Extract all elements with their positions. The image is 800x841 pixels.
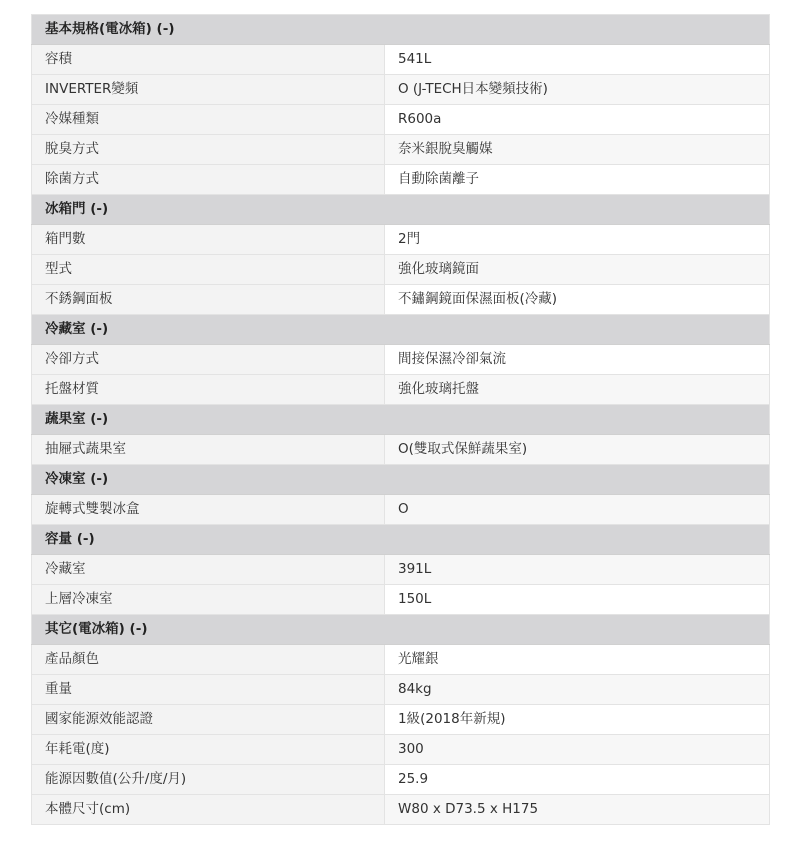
spec-value: 391L [385, 555, 770, 585]
table-row: 產品顏色 光耀銀 [32, 645, 770, 675]
section-title: 冷藏室 (-) [32, 315, 770, 345]
spec-label: INVERTER變頻 [32, 75, 385, 105]
spec-label: 冷媒種類 [32, 105, 385, 135]
spec-value: 2門 [385, 225, 770, 255]
section-title: 蔬果室 (-) [32, 405, 770, 435]
section-header-vegetable: 蔬果室 (-) [32, 405, 770, 435]
spec-value: 自動除菌離子 [385, 165, 770, 195]
section-title: 冷凍室 (-) [32, 465, 770, 495]
section-title: 其它(電冰箱) (-) [32, 615, 770, 645]
spec-value: 強化玻璃托盤 [385, 375, 770, 405]
spec-value: 強化玻璃鏡面 [385, 255, 770, 285]
spec-value: 不鏽鋼鏡面保濕面板(冷藏) [385, 285, 770, 315]
spec-value: 間接保濕冷卻氣流 [385, 345, 770, 375]
spec-label: 產品顏色 [32, 645, 385, 675]
table-row: 年耗電(度) 300 [32, 735, 770, 765]
spec-value: O(雙取式保鮮蔬果室) [385, 435, 770, 465]
spec-value: 84kg [385, 675, 770, 705]
spec-value: 541L [385, 45, 770, 75]
table-row: 國家能源效能認證 1級(2018年新規) [32, 705, 770, 735]
spec-value: 25.9 [385, 765, 770, 795]
section-header-door: 冰箱門 (-) [32, 195, 770, 225]
spec-table: 基本規格(電冰箱) (-) 容積 541L INVERTER變頻 O (J-TE… [31, 14, 770, 825]
spec-label: 冷卻方式 [32, 345, 385, 375]
spec-value: 光耀銀 [385, 645, 770, 675]
spec-value: W80 x D73.5 x H175 [385, 795, 770, 825]
section-title: 容量 (-) [32, 525, 770, 555]
spec-value: 300 [385, 735, 770, 765]
spec-label: 能源因數值(公升/度/月) [32, 765, 385, 795]
spec-label: 旋轉式雙製冰盒 [32, 495, 385, 525]
table-row: 冷藏室 391L [32, 555, 770, 585]
spec-value: 1級(2018年新規) [385, 705, 770, 735]
section-header-basic-specs: 基本規格(電冰箱) (-) [32, 15, 770, 45]
table-row: 能源因數值(公升/度/月) 25.9 [32, 765, 770, 795]
spec-label: 本體尺寸(cm) [32, 795, 385, 825]
table-row: 重量 84kg [32, 675, 770, 705]
spec-label: 國家能源效能認證 [32, 705, 385, 735]
section-header-refrigerator: 冷藏室 (-) [32, 315, 770, 345]
spec-label: 冷藏室 [32, 555, 385, 585]
table-row: 除菌方式 自動除菌離子 [32, 165, 770, 195]
table-row: 冷媒種類 R600a [32, 105, 770, 135]
spec-value: O (J-TECH日本變頻技術) [385, 75, 770, 105]
section-header-freezer: 冷凍室 (-) [32, 465, 770, 495]
spec-label: 抽屜式蔬果室 [32, 435, 385, 465]
table-row: 抽屜式蔬果室 O(雙取式保鮮蔬果室) [32, 435, 770, 465]
spec-label: 箱門數 [32, 225, 385, 255]
spec-label: 不銹鋼面板 [32, 285, 385, 315]
spec-label: 重量 [32, 675, 385, 705]
table-row: 脫臭方式 奈米銀脫臭觸媒 [32, 135, 770, 165]
section-title: 基本規格(電冰箱) (-) [32, 15, 770, 45]
spec-value: R600a [385, 105, 770, 135]
table-row: 旋轉式雙製冰盒 O [32, 495, 770, 525]
table-row: 不銹鋼面板 不鏽鋼鏡面保濕面板(冷藏) [32, 285, 770, 315]
table-row: 容積 541L [32, 45, 770, 75]
spec-value: 150L [385, 585, 770, 615]
table-row: 托盤材質 強化玻璃托盤 [32, 375, 770, 405]
spec-label: 除菌方式 [32, 165, 385, 195]
table-row: 上層冷凍室 150L [32, 585, 770, 615]
spec-label: 型式 [32, 255, 385, 285]
spec-label: 托盤材質 [32, 375, 385, 405]
table-row: 箱門數 2門 [32, 225, 770, 255]
table-row: 本體尺寸(cm) W80 x D73.5 x H175 [32, 795, 770, 825]
section-header-capacity: 容量 (-) [32, 525, 770, 555]
table-row: INVERTER變頻 O (J-TECH日本變頻技術) [32, 75, 770, 105]
section-title: 冰箱門 (-) [32, 195, 770, 225]
table-row: 型式 強化玻璃鏡面 [32, 255, 770, 285]
spec-label: 年耗電(度) [32, 735, 385, 765]
spec-value: 奈米銀脫臭觸媒 [385, 135, 770, 165]
spec-value: O [385, 495, 770, 525]
spec-label: 容積 [32, 45, 385, 75]
spec-label: 上層冷凍室 [32, 585, 385, 615]
section-header-other: 其它(電冰箱) (-) [32, 615, 770, 645]
spec-label: 脫臭方式 [32, 135, 385, 165]
spec-table-body: 基本規格(電冰箱) (-) 容積 541L INVERTER變頻 O (J-TE… [32, 15, 770, 825]
table-row: 冷卻方式 間接保濕冷卻氣流 [32, 345, 770, 375]
